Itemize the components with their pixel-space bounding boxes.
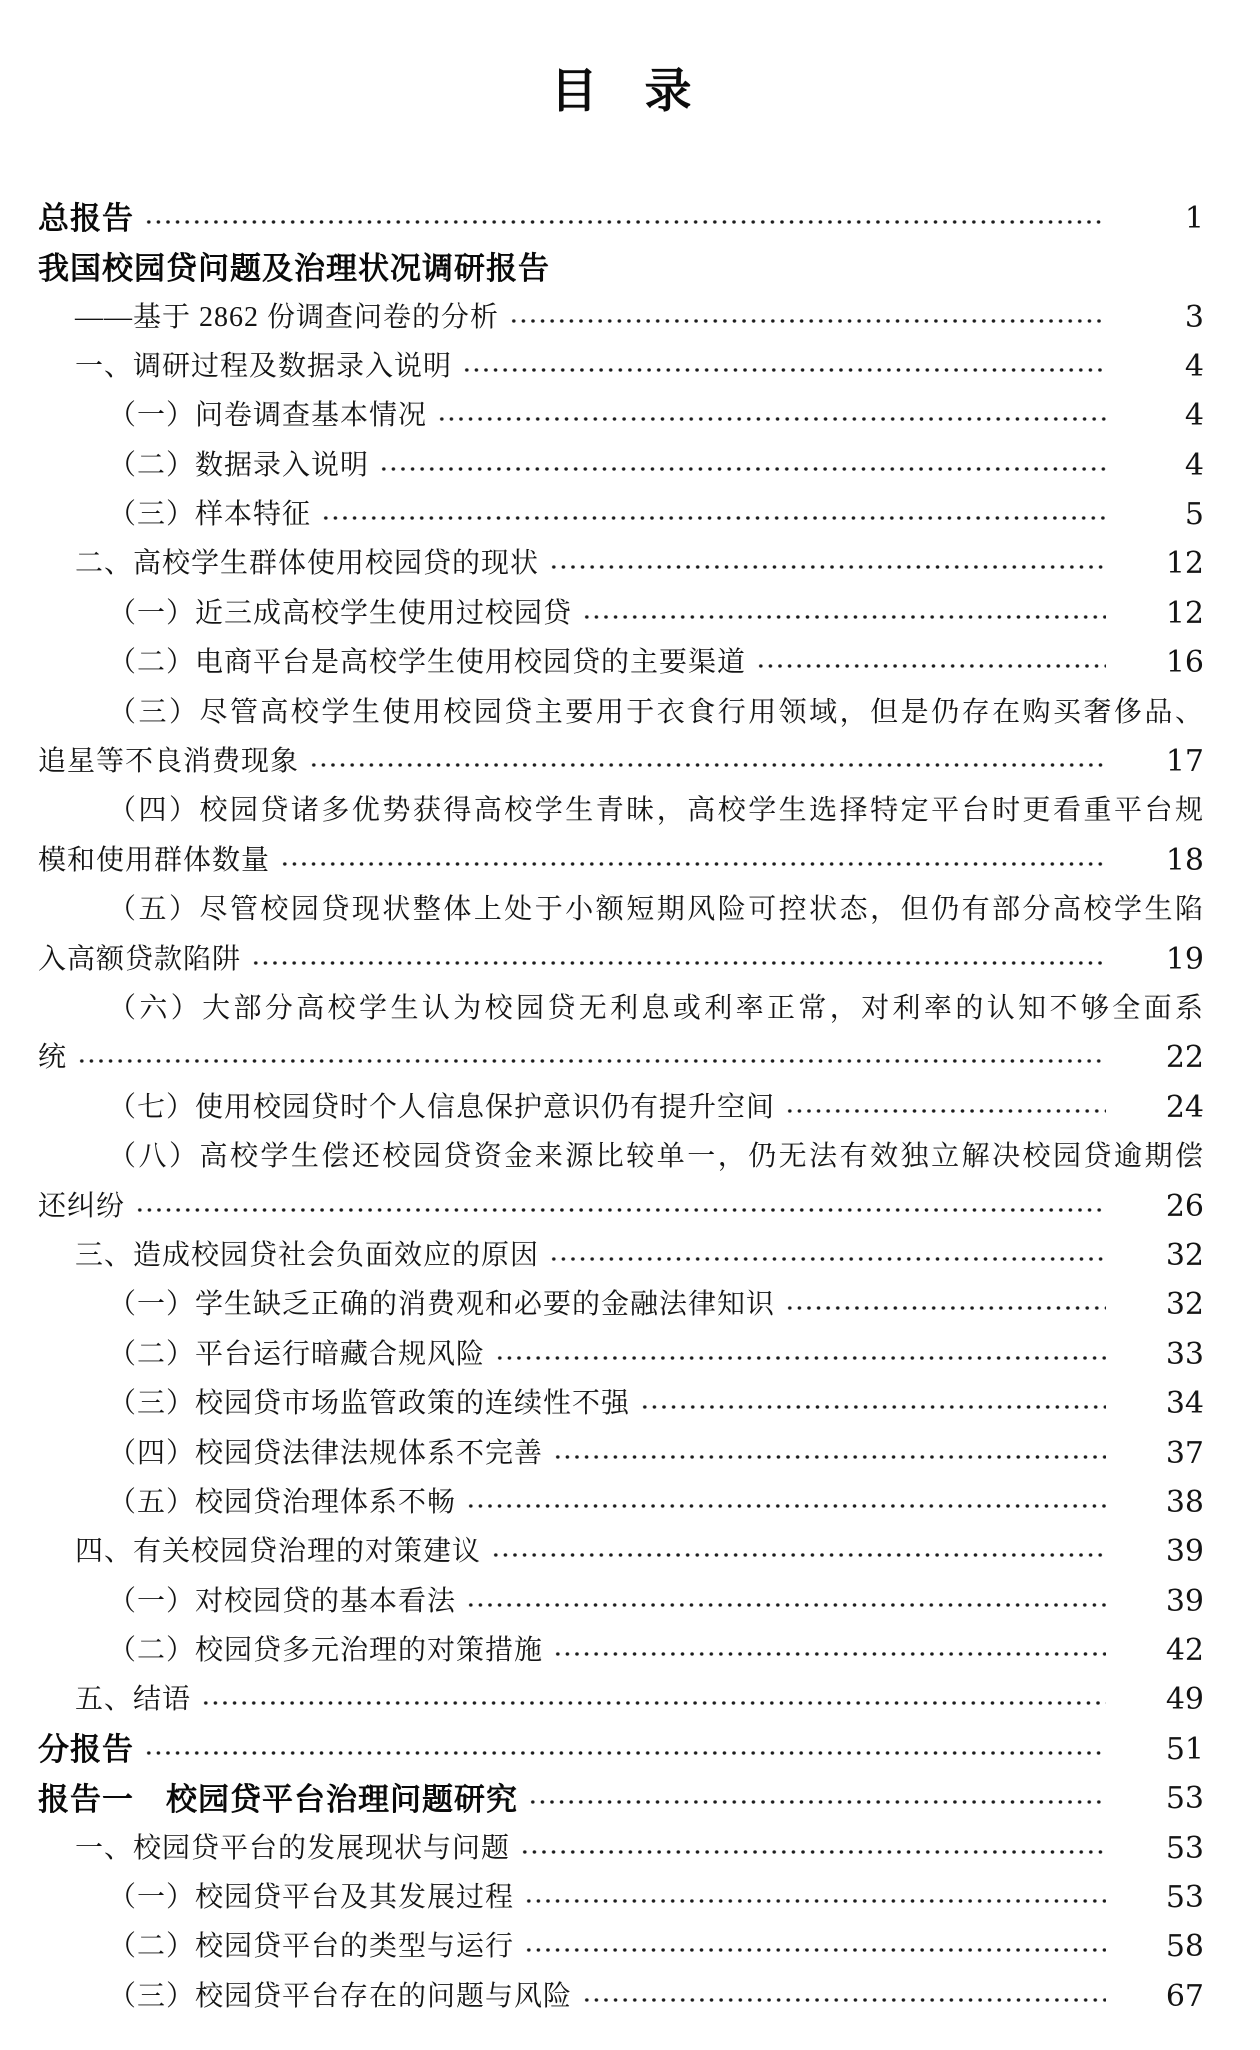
toc-page-number: 32 xyxy=(1132,1241,1204,1271)
toc-entry: 四、有关校园贷治理的对策建议 39 xyxy=(38,1528,1204,1577)
dot-leader xyxy=(553,1648,1106,1660)
toc-page-number: 24 xyxy=(1132,1093,1204,1123)
toc-entry-label: （二）校园贷平台的类型与运行 xyxy=(108,1933,514,1961)
toc-page-number: 42 xyxy=(1132,1636,1204,1666)
toc-page-number: 26 xyxy=(1132,1192,1204,1222)
toc-entry-label: （二）电商平台是高校学生使用校园贷的主要渠道 xyxy=(108,649,746,677)
toc-entry-label: （三）尽管高校学生使用校园贷主要用于衣食行用领域，但是仍存在购买奢侈品、 xyxy=(108,699,1204,727)
toc-page-number: 16 xyxy=(1132,648,1204,678)
dot-leader xyxy=(462,364,1106,376)
dot-leader xyxy=(321,512,1106,524)
toc-entry: 一、调研过程及数据录入说明 4 xyxy=(38,342,1204,391)
toc-entry: （一）近三成高校学生使用过校园贷 12 xyxy=(38,589,1204,638)
toc-page-number: 12 xyxy=(1132,549,1204,579)
toc-entry: （一）对校园贷的基本看法 39 xyxy=(38,1577,1204,1626)
toc-entry-label: 一、校园贷平台的发展现状与问题 xyxy=(75,1835,510,1863)
toc-page-number: 53 xyxy=(1132,1834,1204,1864)
dot-leader xyxy=(144,1747,1106,1759)
toc-page-number: 4 xyxy=(1132,401,1204,431)
toc-entry: 还纠纷 26 xyxy=(38,1182,1204,1231)
toc-entry: 入高额贷款陷阱 19 xyxy=(38,935,1204,984)
dot-leader xyxy=(756,660,1106,672)
dot-leader xyxy=(251,957,1106,969)
toc-entry: 模和使用群体数量 18 xyxy=(38,836,1204,885)
table-of-contents: 总报告 1 我国校园贷问题及治理状况调研报告 ——基于 2862 份调查问卷的分… xyxy=(38,194,1204,2021)
toc-entry: 总报告 1 xyxy=(38,194,1204,243)
toc-page-number: 18 xyxy=(1132,846,1204,876)
toc-entry-label: （七）使用校园贷时个人信息保护意识仍有提升空间 xyxy=(108,1094,775,1122)
toc-entry: （三）校园贷市场监管政策的连续性不强 34 xyxy=(38,1379,1204,1428)
toc-entry-label: 一、调研过程及数据录入说明 xyxy=(75,353,452,381)
toc-entry-label: （四）校园贷诸多优势获得高校学生青昧，高校学生选择特定平台时更看重平台规 xyxy=(108,797,1204,825)
toc-entry-label: （一）学生缺乏正确的消费观和必要的金融法律知识 xyxy=(108,1291,775,1319)
dot-leader xyxy=(309,759,1106,771)
dot-leader xyxy=(491,1549,1106,1561)
dot-leader xyxy=(280,858,1106,870)
dot-leader xyxy=(495,1352,1106,1364)
toc-entry: （一）问卷调查基本情况 4 xyxy=(38,392,1204,441)
dot-leader xyxy=(582,611,1106,623)
toc-entry-label: 还纠纷 xyxy=(38,1193,125,1221)
toc-entry: （二）电商平台是高校学生使用校园贷的主要渠道 16 xyxy=(38,639,1204,688)
toc-entry: （八）高校学生偿还校园贷资金来源比较单一，仍无法有效独立解决校园贷逾期偿 xyxy=(38,1132,1204,1181)
toc-page-number: 33 xyxy=(1132,1340,1204,1370)
toc-entry: （五）尽管校园贷现状整体上处于小额短期风险可控状态，但仍有部分高校学生陷 xyxy=(38,886,1204,935)
toc-entry: （六）大部分高校学生认为校园贷无利息或利率正常，对利率的认知不够全面系 xyxy=(38,984,1204,1033)
dot-leader xyxy=(201,1697,1106,1709)
toc-entry: 报告一 校园贷平台治理问题研究 53 xyxy=(38,1775,1204,1824)
toc-entry: （三）样本特征 5 xyxy=(38,490,1204,539)
toc-entry: （三）尽管高校学生使用校园贷主要用于衣食行用领域，但是仍存在购买奢侈品、 xyxy=(38,688,1204,737)
toc-page-number: 39 xyxy=(1132,1587,1204,1617)
toc-page-number: 4 xyxy=(1132,451,1204,481)
toc-entry-label: 五、结语 xyxy=(75,1686,191,1714)
toc-entry-label: 分报告 xyxy=(38,1734,134,1765)
toc-page-number: 19 xyxy=(1132,945,1204,975)
toc-entry: （七）使用校园贷时个人信息保护意识仍有提升空间 24 xyxy=(38,1083,1204,1132)
toc-page-number: 3 xyxy=(1132,303,1204,333)
toc-entry: 追星等不良消费现象 17 xyxy=(38,737,1204,786)
toc-entry: （一）学生缺乏正确的消费观和必要的金融法律知识 32 xyxy=(38,1281,1204,1330)
toc-entry: ——基于 2862 份调查问卷的分析 3 xyxy=(38,293,1204,342)
toc-entry-label: （六）大部分高校学生认为校园贷无利息或利率正常，对利率的认知不够全面系 xyxy=(108,995,1204,1023)
toc-entry-label: 我国校园贷问题及治理状况调研报告 xyxy=(38,253,550,284)
dot-leader xyxy=(528,1796,1106,1808)
toc-page-number: 38 xyxy=(1132,1488,1204,1518)
toc-entry-label: 入高额贷款陷阱 xyxy=(38,946,241,974)
toc-page-number: 51 xyxy=(1132,1735,1204,1765)
toc-page-number: 39 xyxy=(1132,1537,1204,1567)
toc-entry: 二、高校学生群体使用校园贷的现状 12 xyxy=(38,540,1204,589)
toc-page-number: 53 xyxy=(1132,1883,1204,1913)
toc-page-number: 32 xyxy=(1132,1290,1204,1320)
dot-leader xyxy=(553,1451,1106,1463)
toc-entry-label: 三、造成校园贷社会负面效应的原因 xyxy=(75,1242,539,1270)
toc-entry: （三）校园贷平台存在的问题与风险 67 xyxy=(38,1972,1204,2021)
toc-entry-label: （三）校园贷平台存在的问题与风险 xyxy=(108,1983,572,2011)
toc-entry: （二）校园贷平台的类型与运行 58 xyxy=(38,1923,1204,1972)
toc-entry: （五）校园贷治理体系不畅 38 xyxy=(38,1478,1204,1527)
dot-leader xyxy=(582,1994,1106,2006)
toc-entry-label: （一）问卷调查基本情况 xyxy=(108,402,427,430)
dot-leader xyxy=(379,463,1106,475)
toc-page-number: 1 xyxy=(1132,204,1204,234)
dot-leader xyxy=(437,413,1106,425)
toc-entry: 五、结语 49 xyxy=(38,1676,1204,1725)
toc-entry-label: （八）高校学生偿还校园贷资金来源比较单一，仍无法有效独立解决校园贷逾期偿 xyxy=(108,1143,1204,1171)
toc-entry-label: （一）校园贷平台及其发展过程 xyxy=(108,1884,514,1912)
toc-page-number: 58 xyxy=(1132,1932,1204,1962)
toc-page-number: 53 xyxy=(1132,1784,1204,1814)
dot-leader xyxy=(466,1500,1106,1512)
toc-page-number: 4 xyxy=(1132,352,1204,382)
toc-page-number: 22 xyxy=(1132,1043,1204,1073)
toc-entry: （二）数据录入说明 4 xyxy=(38,441,1204,490)
toc-page-number: 49 xyxy=(1132,1685,1204,1715)
toc-entry-label: （三）校园贷市场监管政策的连续性不强 xyxy=(108,1390,630,1418)
dot-leader xyxy=(785,1105,1106,1117)
dot-leader xyxy=(640,1401,1106,1413)
page-title: 目 录 xyxy=(38,64,1204,118)
dot-leader xyxy=(524,1895,1106,1907)
toc-entry: 分报告 51 xyxy=(38,1725,1204,1774)
toc-page-number: 37 xyxy=(1132,1439,1204,1469)
toc-entry-label: 四、有关校园贷治理的对策建议 xyxy=(75,1538,481,1566)
toc-entry-label: （二）数据录入说明 xyxy=(108,452,369,480)
toc-entry-label: （五）校园贷治理体系不畅 xyxy=(108,1489,456,1517)
toc-entry-label: 总报告 xyxy=(38,203,134,234)
toc-entry: 三、造成校园贷社会负面效应的原因 32 xyxy=(38,1231,1204,1280)
toc-entry-label: （二）平台运行暗藏合规风险 xyxy=(108,1341,485,1369)
toc-entry: （二）平台运行暗藏合规风险 33 xyxy=(38,1330,1204,1379)
dot-leader xyxy=(785,1302,1106,1314)
toc-entry: 一、校园贷平台的发展现状与问题 53 xyxy=(38,1824,1204,1873)
dot-leader xyxy=(520,1846,1106,1858)
dot-leader xyxy=(549,1253,1106,1265)
toc-page-number: 34 xyxy=(1132,1389,1204,1419)
dot-leader xyxy=(144,216,1106,228)
dot-leader xyxy=(549,561,1106,573)
toc-entry: 统 22 xyxy=(38,1034,1204,1083)
toc-entry: （一）校园贷平台及其发展过程 53 xyxy=(38,1873,1204,1922)
toc-entry-label: 追星等不良消费现象 xyxy=(38,748,299,776)
toc-entry-label: （一）对校园贷的基本看法 xyxy=(108,1588,456,1616)
toc-entry: 我国校园贷问题及治理状况调研报告 xyxy=(38,243,1204,292)
toc-entry-label: （二）校园贷多元治理的对策措施 xyxy=(108,1637,543,1665)
toc-entry-label: ——基于 2862 份调查问卷的分析 xyxy=(75,304,499,332)
toc-entry-label: 统 xyxy=(38,1044,67,1072)
toc-entry-label: 模和使用群体数量 xyxy=(38,847,270,875)
toc-page-number: 17 xyxy=(1132,747,1204,777)
dot-leader xyxy=(77,1055,1106,1067)
toc-page: 目 录 总报告 1 我国校园贷问题及治理状况调研报告 ——基于 2862 份调查… xyxy=(0,0,1260,2050)
dot-leader xyxy=(466,1599,1106,1611)
toc-entry-label: （一）近三成高校学生使用过校园贷 xyxy=(108,600,572,628)
toc-entry-label: （三）样本特征 xyxy=(108,501,311,529)
toc-page-number: 12 xyxy=(1132,599,1204,629)
toc-entry: （二）校园贷多元治理的对策措施 42 xyxy=(38,1626,1204,1675)
toc-entry-label: 二、高校学生群体使用校园贷的现状 xyxy=(75,550,539,578)
dot-leader xyxy=(509,315,1106,327)
toc-entry-label: 报告一 校园贷平台治理问题研究 xyxy=(38,1784,518,1815)
toc-page-number: 67 xyxy=(1132,1982,1204,2012)
dot-leader xyxy=(135,1204,1106,1216)
toc-page-number: 5 xyxy=(1132,500,1204,530)
dot-leader xyxy=(524,1944,1106,1956)
toc-entry: （四）校园贷诸多优势获得高校学生青昧，高校学生选择特定平台时更看重平台规 xyxy=(38,787,1204,836)
toc-entry: （四）校园贷法律法规体系不完善 37 xyxy=(38,1429,1204,1478)
toc-entry-label: （四）校园贷法律法规体系不完善 xyxy=(108,1440,543,1468)
toc-entry-label: （五）尽管校园贷现状整体上处于小额短期风险可控状态，但仍有部分高校学生陷 xyxy=(108,896,1204,924)
